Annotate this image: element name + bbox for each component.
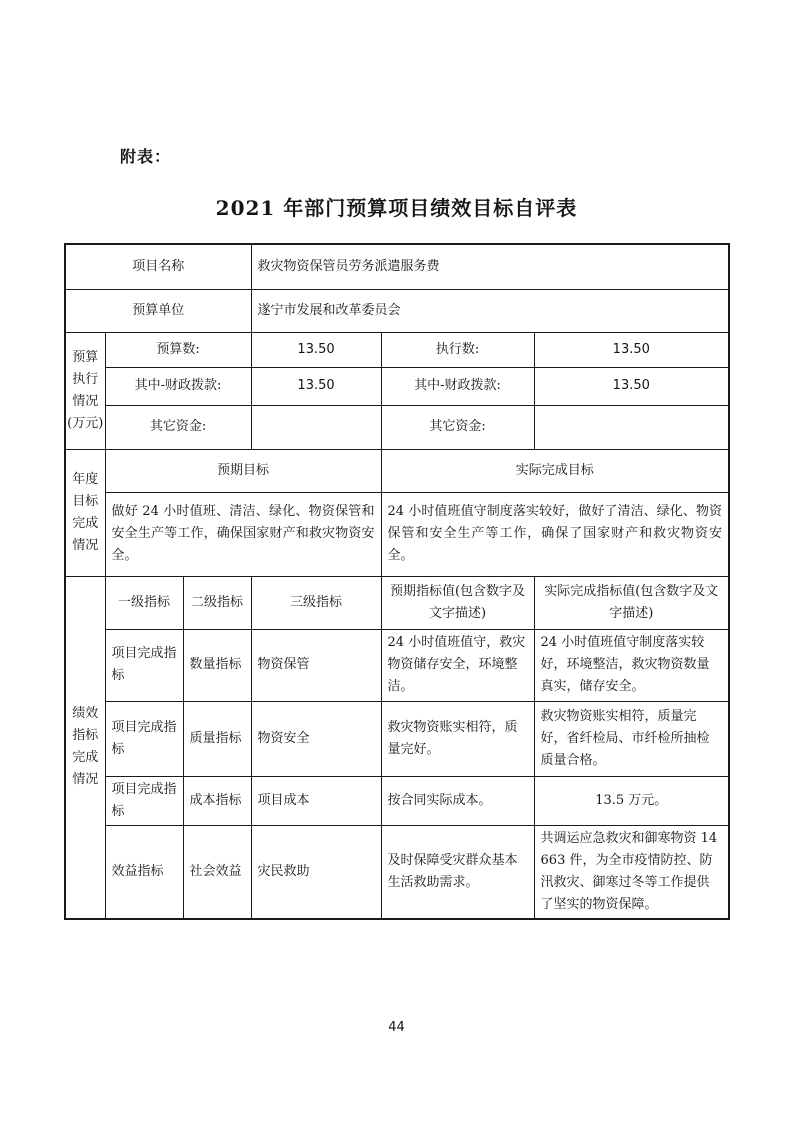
performance-section-label: 绩效 指标 完成 情况 [65,576,105,919]
header-expected-value: 预期指标值(包含数字及文字描述) [381,576,534,629]
indicator-expected: 按合同实际成本。 [381,776,534,825]
execution-amount-value: 13.50 [534,332,729,367]
project-name-value: 救灾物资保管员劳务派遣服务费 [251,244,729,289]
self-evaluation-table: 项目名称 救灾物资保管员劳务派遣服务费 预算单位 遂宁市发展和改革委员会 预算 … [64,243,730,920]
fiscal-allocation-value-left: 13.50 [251,367,381,405]
indicator-level3: 物资保管 [251,629,381,701]
indicator-level3: 项目成本 [251,776,381,825]
budget-amount-label: 预算数: [105,332,251,367]
goal-actual-text: 24 小时值班值守制度落实较好，做好了清洁、绿化、物资保管和安全生产等工作，确保… [381,492,729,576]
indicator-actual: 24 小时值班值守制度落实较好，环境整洁，救灾物资数量真实，储存安全。 [534,629,729,701]
indicator-level2: 成本指标 [183,776,251,825]
indicator-level1: 效益指标 [105,825,183,919]
indicator-level2: 数量指标 [183,629,251,701]
fiscal-allocation-label-left: 其中-财政拨款: [105,367,251,405]
budget-row-1: 预算 执行 情况 (万元) 预算数: 13.50 执行数: 13.50 [65,332,729,367]
indicator-row-quality: 项目完成指标 质量指标 物资安全 救灾物资账实相符，质量完好。 救灾物资账实相符… [65,701,729,776]
other-funds-value-left [251,405,381,449]
budget-unit-label: 预算单位 [65,289,251,332]
indicator-level1: 项目完成指标 [105,629,183,701]
indicator-row-benefit: 效益指标 社会效益 灾民救助 及时保障受灾群众基本生活救助需求。 共调运应急救灾… [65,825,729,919]
indicator-level2: 质量指标 [183,701,251,776]
document-page: 附表： 2021 年部门预算项目绩效目标自评表 项目名称 救灾物资保管员劳务派遣… [0,0,793,1122]
header-actual-value: 实际完成指标值(包含数字及文字描述) [534,576,729,629]
budget-row-3: 其它资金: 其它资金: [65,405,729,449]
goal-actual-header: 实际完成目标 [381,449,729,492]
indicator-row-cost: 项目完成指标 成本指标 项目成本 按合同实际成本。 13.5 万元。 [65,776,729,825]
indicator-level1: 项目完成指标 [105,701,183,776]
indicator-level3: 物资安全 [251,701,381,776]
indicator-actual: 13.5 万元。 [534,776,729,825]
indicator-level1: 项目完成指标 [105,776,183,825]
indicator-header-row: 绩效 指标 完成 情况 一级指标 二级指标 三级指标 预期指标值(包含数字及文字… [65,576,729,629]
page-number: 44 [0,1020,793,1035]
budget-amount-value: 13.50 [251,332,381,367]
page-title: 2021 年部门预算项目绩效目标自评表 [0,192,793,221]
other-funds-label-right: 其它资金: [381,405,534,449]
budget-unit-row: 预算单位 遂宁市发展和改革委员会 [65,289,729,332]
goal-expected-text: 做好 24 小时值班、清洁、绿化、物资保管和安全生产等工作，确保国家财产和救灾物… [105,492,381,576]
header-level2: 二级指标 [183,576,251,629]
budget-unit-value: 遂宁市发展和改革委员会 [251,289,729,332]
indicator-expected: 救灾物资账实相符，质量完好。 [381,701,534,776]
appendix-label: 附表： [120,144,171,167]
goal-header-row: 年度 目标 完成 情况 预期目标 实际完成目标 [65,449,729,492]
goal-section-label: 年度 目标 完成 情况 [65,449,105,576]
indicator-actual: 共调运应急救灾和御寒物资 14663 件，为全市疫情防控、防汛救灾、御寒过冬等工… [534,825,729,919]
indicator-level3: 灾民救助 [251,825,381,919]
budget-row-2: 其中-财政拨款: 13.50 其中-财政拨款: 13.50 [65,367,729,405]
header-level1: 一级指标 [105,576,183,629]
indicator-actual: 救灾物资账实相符，质量完好，省纤检局、市纤检所抽检质量合格。 [534,701,729,776]
fiscal-allocation-label-right: 其中-财政拨款: [381,367,534,405]
project-name-row: 项目名称 救灾物资保管员劳务派遣服务费 [65,244,729,289]
indicator-expected: 及时保障受灾群众基本生活救助需求。 [381,825,534,919]
other-funds-value-right [534,405,729,449]
execution-amount-label: 执行数: [381,332,534,367]
budget-section-label: 预算 执行 情况 (万元) [65,332,105,449]
indicator-level2: 社会效益 [183,825,251,919]
indicator-expected: 24 小时值班值守，救灾物资储存安全，环境整洁。 [381,629,534,701]
other-funds-label-left: 其它资金: [105,405,251,449]
fiscal-allocation-value-right: 13.50 [534,367,729,405]
project-name-label: 项目名称 [65,244,251,289]
goal-content-row: 做好 24 小时值班、清洁、绿化、物资保管和安全生产等工作，确保国家财产和救灾物… [65,492,729,576]
indicator-row-quantity: 项目完成指标 数量指标 物资保管 24 小时值班值守，救灾物资储存安全，环境整洁… [65,629,729,701]
header-level3: 三级指标 [251,576,381,629]
goal-expected-header: 预期目标 [105,449,381,492]
